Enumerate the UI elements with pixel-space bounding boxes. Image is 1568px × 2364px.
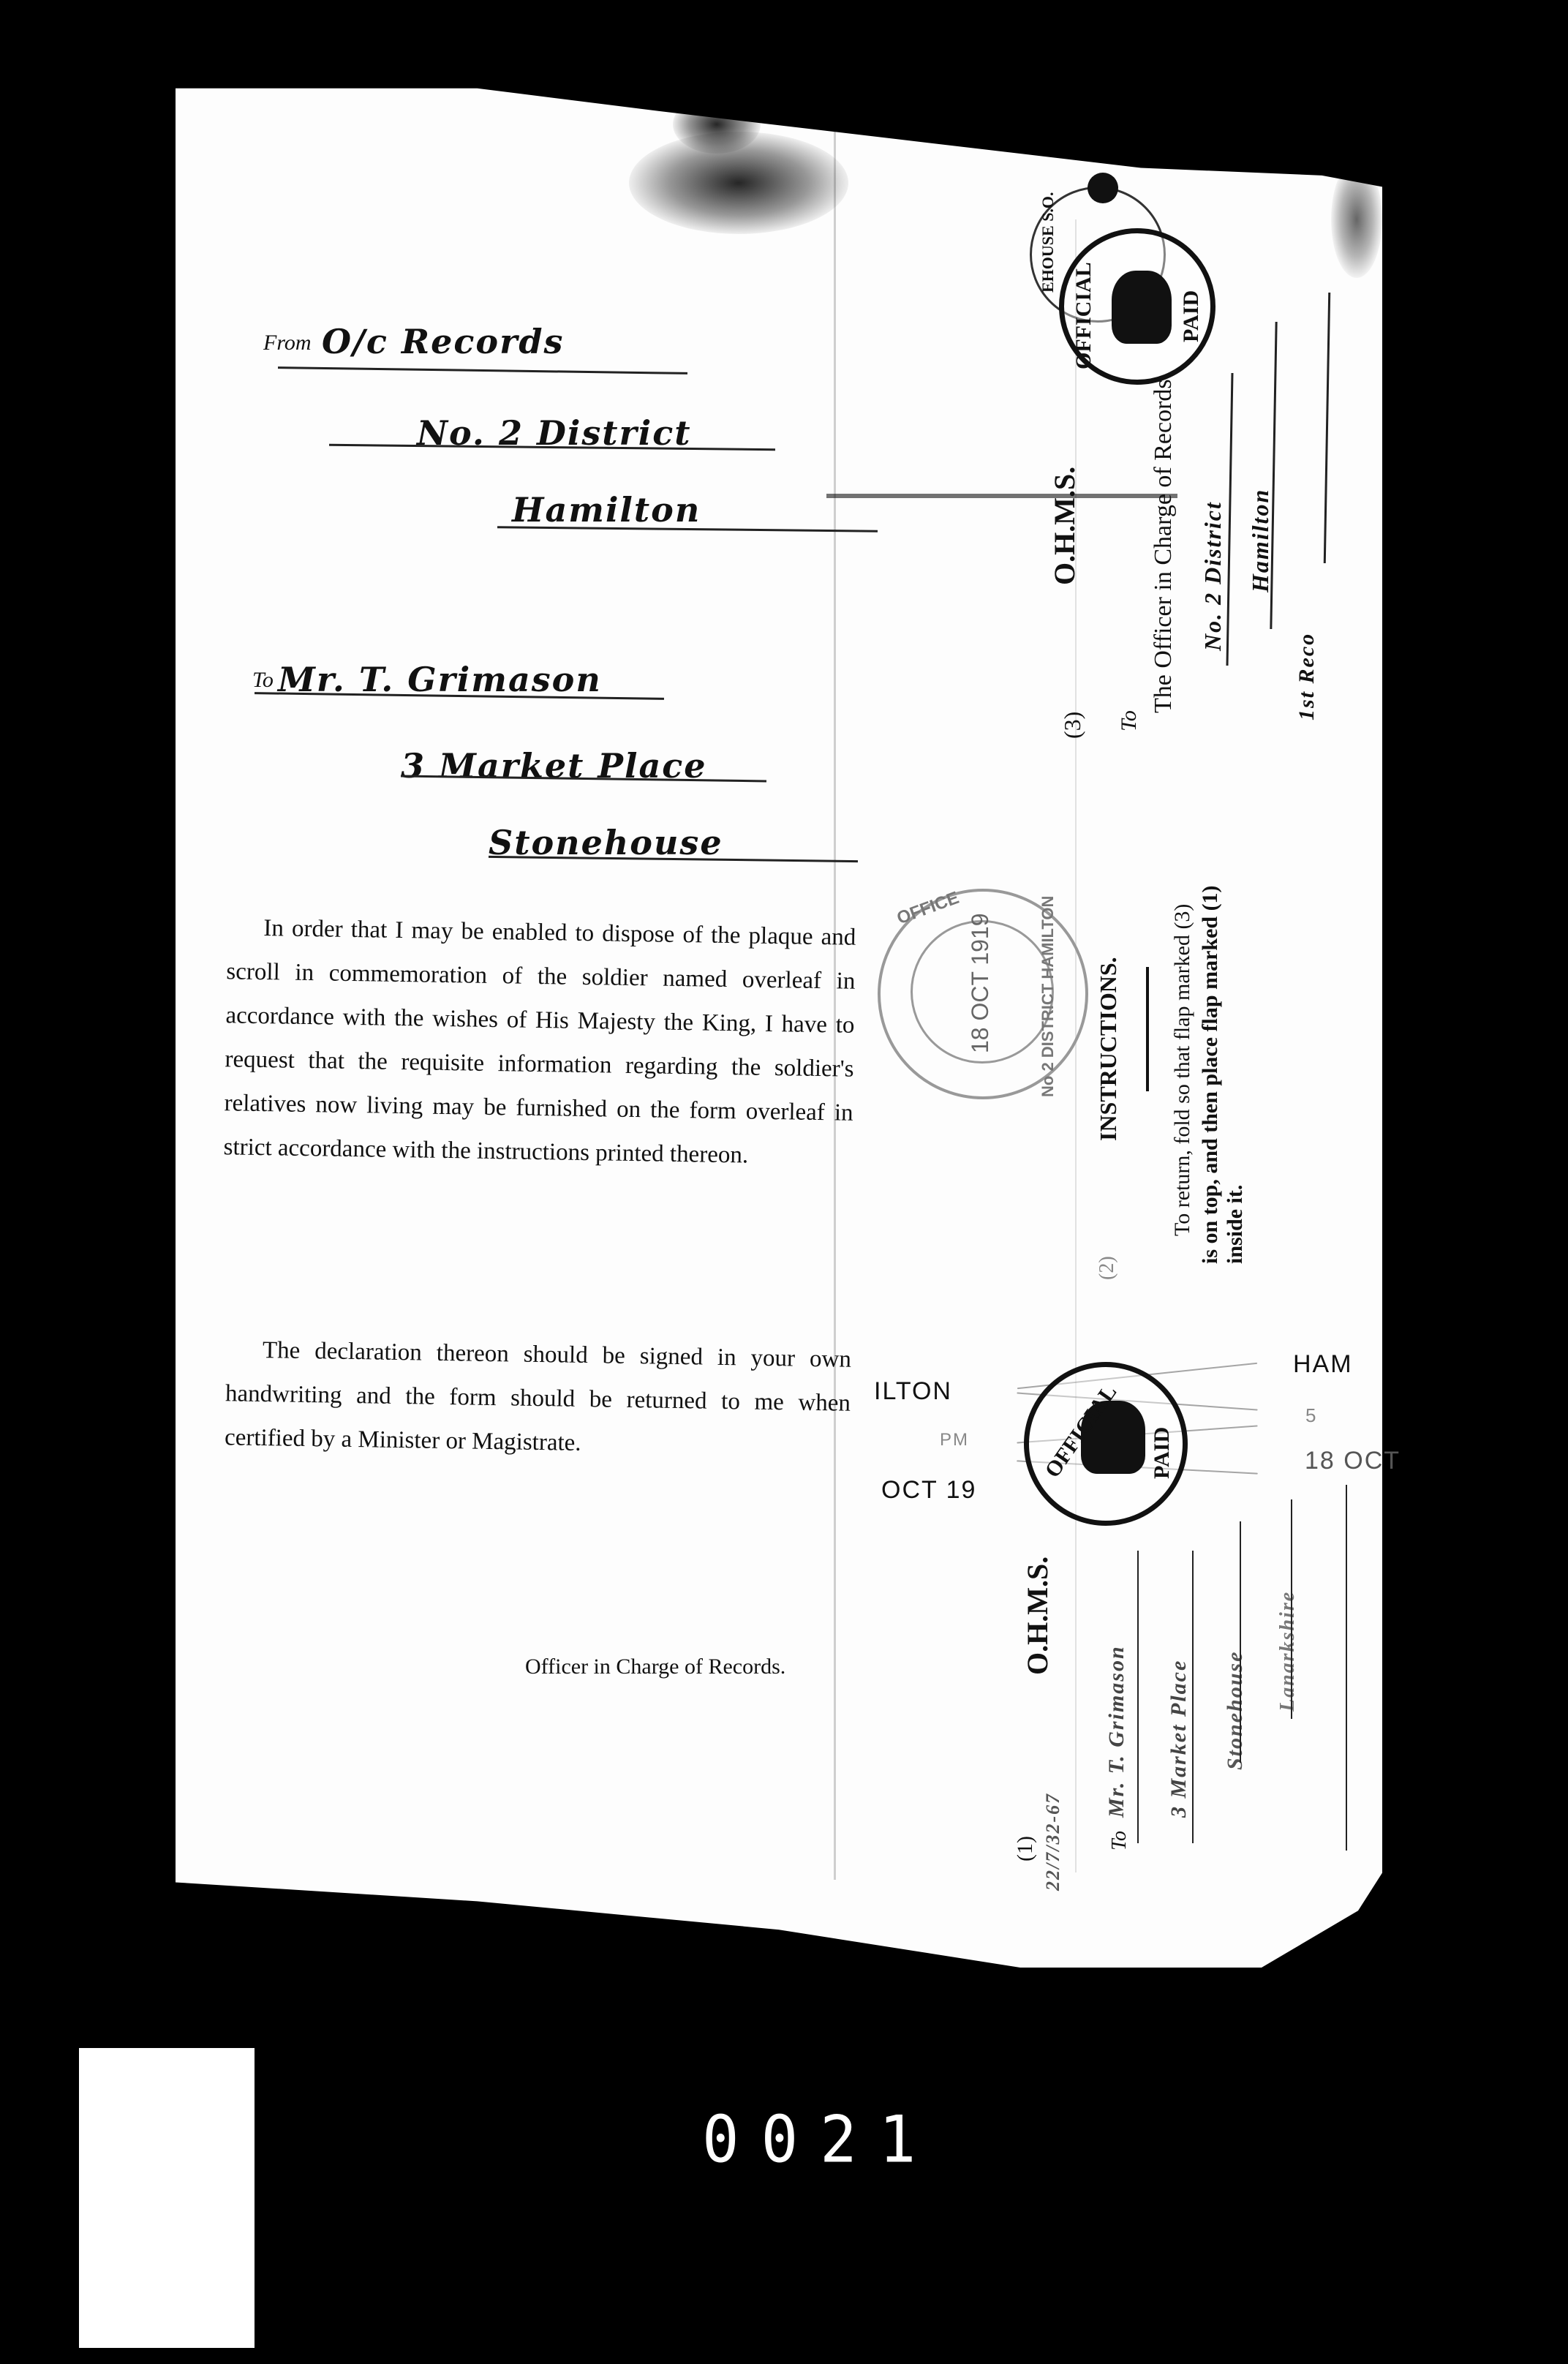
flap3-hand-line-2: Hamilton (1247, 489, 1274, 592)
flap1-hand-line-3: Stonehouse (1223, 1651, 1248, 1770)
flap1-hand-line-2: 3 Market Place (1166, 1660, 1191, 1818)
crown-icon (1112, 271, 1172, 344)
instructions-title: INSTRUCTIONS. (1095, 957, 1122, 1141)
flap1-rule-4 (1291, 1499, 1292, 1719)
fold-crease (826, 494, 1177, 498)
flap1-ohms: O.H.M.S. (1020, 1556, 1055, 1675)
flap3-hand-line-1: No. 2 District (1199, 501, 1226, 651)
flap1-to-label: To (1108, 1831, 1131, 1851)
body-paragraph-2: The declaration thereon should be signed… (225, 1328, 852, 1469)
signature-title: Officer in Charge of Records. (525, 1655, 785, 1679)
flap1-hand-line-4: Lanarkshire (1276, 1591, 1300, 1712)
flap1-hand-line-1: Mr. T. Grimason (1104, 1645, 1129, 1818)
film-target-card (79, 2048, 255, 2348)
paid-stamp-bottom-text: PAID (1150, 1427, 1175, 1479)
district-office-date: 18 OCT 1919 (967, 913, 994, 1053)
instructions-line-3: inside it. (1223, 1185, 1248, 1264)
frame-number: 0021 (702, 2102, 938, 2177)
paragraph-text: In order that I may be enabled to dispos… (223, 906, 856, 1178)
hamilton-postmark-line-1: ILTON (874, 1377, 952, 1406)
paragraph-text: The declaration thereon should be signed… (225, 1328, 852, 1469)
from-label: From (263, 331, 312, 355)
flap1-hand-ref: 22/7/32-67 (1042, 1793, 1064, 1891)
instructions-line-2: is on top, and then place flap marked (1… (1198, 885, 1223, 1264)
instructions-divider (1146, 967, 1149, 1091)
flap3-ohms: O.H.M.S. (1047, 467, 1082, 585)
hamilton-postmark-right-line-3: 18 OCT (1305, 1447, 1401, 1475)
flap1-number: (1) (1013, 1836, 1038, 1862)
receiving-postmark-text: EHOUSE S.O. (1039, 192, 1058, 293)
hamilton-postmark-right-line-2: 5 (1305, 1404, 1317, 1427)
flap1-rule-1 (1137, 1551, 1139, 1843)
ink-stain (673, 95, 761, 154)
flap3-to-label: To (1117, 710, 1142, 731)
flap1-rule-3 (1240, 1521, 1241, 1763)
sender-line-3: Hamilton (512, 490, 701, 530)
to-label: To (252, 668, 274, 693)
flap3-hand-note: 1st Reco (1294, 633, 1319, 720)
body-paragraph-1: In order that I may be enabled to dispos… (223, 906, 856, 1178)
official-stamp-top-text: OFFICIAL (1071, 262, 1096, 369)
district-office-arc-bottom: No 2 DISTRICT HAMILTON (1039, 896, 1058, 1097)
flap2-number: (2) (1096, 1256, 1119, 1280)
instructions-line-1: To return, fold so that flap marked (3) (1170, 904, 1195, 1236)
hamilton-postmark-line-3: OCT 19 (881, 1476, 976, 1505)
paid-stamp-top-text: PAID (1179, 290, 1204, 342)
sender-line-1: O/c Records (322, 322, 564, 361)
hamilton-postmark-line-2: PM (940, 1430, 969, 1450)
punch-hole (1088, 173, 1118, 203)
flap1-rule-5 (1346, 1485, 1347, 1851)
hamilton-postmark-right-line-1: HAM (1293, 1350, 1353, 1379)
flap3-number: (3) (1059, 712, 1086, 739)
ink-stain (1331, 161, 1382, 278)
flap3-addressee: The Officer in Charge of Records (1150, 379, 1177, 713)
flap1-rule-2 (1192, 1551, 1194, 1843)
